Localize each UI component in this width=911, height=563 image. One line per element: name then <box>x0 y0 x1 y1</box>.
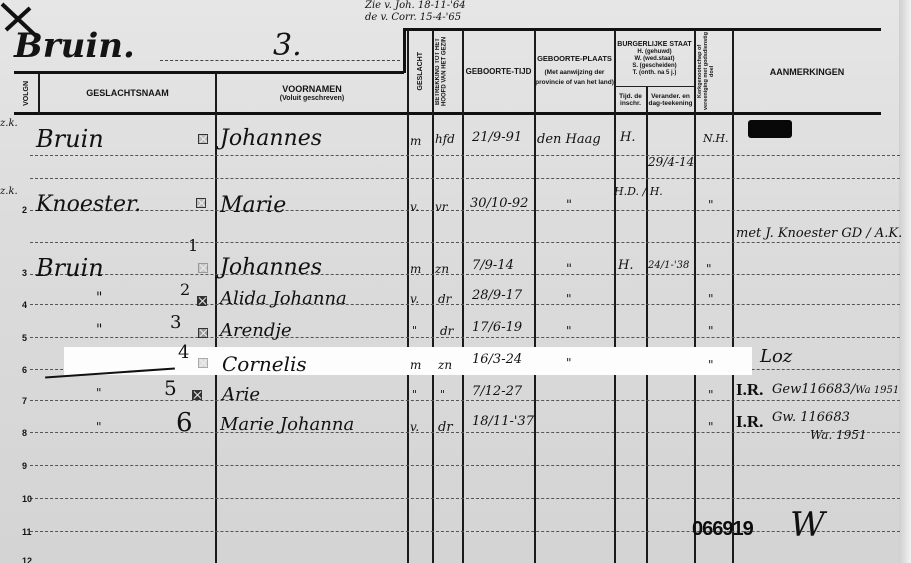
row3-place: " <box>566 262 572 277</box>
row5-place: " <box>566 324 572 338</box>
row-number: 11 <box>22 527 32 537</box>
initials-mark: W <box>790 505 825 545</box>
row-rule <box>30 304 900 305</box>
header-verandering: Verander. en dag-teekening <box>647 87 694 112</box>
header-geboortetijd: GEBOORTE-TIJD <box>463 31 534 112</box>
row-number: 6 <box>22 365 27 375</box>
row2-given: Marie <box>220 193 286 218</box>
row-number: 3 <box>22 268 27 278</box>
row3-relation: zn <box>435 262 449 276</box>
row5-sex: " <box>412 324 417 337</box>
row3-sex: m <box>410 262 421 276</box>
row6-sex: m <box>410 358 421 372</box>
row5-child-number: 3 <box>170 312 181 333</box>
header-geboorteplaats: GEBOORTE-PLAATS (Met aanwijzing der prov… <box>535 33 614 109</box>
card-number: 3. <box>273 28 302 63</box>
row4-sex: v. <box>410 292 419 306</box>
checkbox-icon <box>197 296 207 306</box>
row-number: 7 <box>22 396 27 406</box>
row4-birth: 28/9-17 <box>472 288 522 303</box>
row2-church: " <box>708 198 714 212</box>
row4-given: Alida Johanna <box>220 288 347 309</box>
row3-church: " <box>706 262 712 276</box>
row-rule <box>30 337 900 338</box>
row-number: 5 <box>22 333 27 343</box>
row7-remark-detail: Gew116683/Wa 1951 <box>772 382 899 397</box>
row4-church: " <box>708 292 714 306</box>
row-rule <box>30 178 900 179</box>
row6-relation: zn <box>438 358 452 372</box>
row1-prefix: z.k. <box>0 118 18 129</box>
row8-birth: 18/11-'37 <box>472 414 534 429</box>
row4-place: " <box>566 292 572 306</box>
row1-relation: hfd <box>435 132 455 146</box>
row5-birth: 17/6-19 <box>472 320 522 335</box>
header-tijd-inschr: Tijd. de inschr. <box>615 87 646 112</box>
header-volgn: VOLGN <box>14 74 38 112</box>
row-number: 12 <box>22 556 32 563</box>
col-divider <box>534 30 536 563</box>
row6-place: " <box>566 356 572 370</box>
row2-place: " <box>566 198 572 213</box>
row6-birth: 16/3-24 <box>472 352 522 367</box>
row-rule <box>30 465 900 466</box>
row-number: 2 <box>22 205 27 215</box>
row2-sex: v. <box>410 200 419 214</box>
row2-relation: vr <box>435 200 448 214</box>
top-annotation: Zie v. Joh. 18-11-'64 de v. Corr. 15-4-'… <box>365 0 466 24</box>
row6-church: " <box>708 358 714 372</box>
row-rule <box>30 400 900 401</box>
row-rule <box>30 498 900 499</box>
row8-child-number: 6 <box>176 408 193 438</box>
row-rule <box>30 242 900 243</box>
row8-remark-detail: Gw. 116683 <box>772 410 850 425</box>
row8-relation: dr <box>438 420 453 435</box>
row-number: 8 <box>22 428 27 438</box>
redacted-remark <box>748 120 792 138</box>
header-betrekking: BETREKKING TOT HET HOOFD VAN HET GEZIN <box>433 31 462 112</box>
row-number: 10 <box>22 494 32 504</box>
header-top-step <box>403 30 406 73</box>
row-rule <box>30 155 900 156</box>
row5-relation: dr <box>440 324 453 338</box>
header-burgerlijke-staat: BURGERLIJKE STAAT H. (gehuwd) W. (wed.st… <box>615 32 694 86</box>
surname-dotted-line <box>160 60 400 61</box>
serial-number-stamp: 066919 <box>692 518 753 541</box>
row3-birth: 7/9-14 <box>472 258 514 273</box>
row6-child-number: 4 <box>178 342 189 363</box>
register-card: Zie v. Joh. 18-11-'64 de v. Corr. 15-4-'… <box>0 0 911 563</box>
row7-surname: " <box>96 386 102 400</box>
checkbox-icon <box>198 358 208 368</box>
row1-given: Johannes <box>220 126 322 151</box>
checkbox-icon <box>192 390 202 400</box>
row3-surname: Bruin <box>36 254 104 282</box>
header-voornamen: VOORNAMEN (Voluit geschreven) <box>217 78 407 110</box>
row-rule <box>30 432 900 433</box>
header-bottom-rule <box>14 112 881 115</box>
row4-child-number: 2 <box>180 280 190 299</box>
checkbox-icon <box>198 134 208 144</box>
row2-birth: 30/10-92 <box>470 196 528 211</box>
row-rule <box>30 210 900 211</box>
row5-church: " <box>708 324 714 338</box>
row-number: 4 <box>22 300 27 310</box>
row1-civil: H. <box>620 130 635 145</box>
col-divider <box>215 74 217 563</box>
white-correction-strip <box>64 347 752 375</box>
row2-surname: Knoester. <box>36 192 141 217</box>
row1-sex: m <box>410 134 421 148</box>
row4-relation: dr <box>438 292 451 306</box>
row8-remark-detail-2: Wa. 1951 <box>810 428 867 442</box>
row7-given: Arie <box>222 384 260 405</box>
row8-church: " <box>708 420 714 434</box>
row1-surname: Bruin <box>36 125 104 153</box>
row5-surname: " <box>96 322 102 338</box>
row4-surname: " <box>96 290 102 306</box>
row-rule <box>30 531 900 532</box>
row7-relation: " <box>440 388 445 401</box>
row1-place: den Haag <box>537 132 601 147</box>
header-geslacht: GESLACHT <box>408 31 432 112</box>
checkbox-icon <box>198 328 208 338</box>
row-rule <box>30 274 900 275</box>
row1-civil-change: 29/4-14 <box>648 155 694 169</box>
row6-given: Cornelis <box>222 352 307 376</box>
row3-remarks: met J. Knoester GD / A.K. <box>736 226 902 241</box>
row3-child-number: 1 <box>188 236 198 255</box>
row3-given: Johannes <box>220 255 322 280</box>
row6-remarks: Loz <box>760 346 792 367</box>
row1-church: N.H. <box>703 132 729 145</box>
header-geslachtsnaam: GESLACHTSNAAM <box>40 74 215 112</box>
family-surname: Bruin. <box>14 26 135 66</box>
row7-child-number: 5 <box>164 376 177 400</box>
paper-edge <box>899 0 911 563</box>
row7-birth: 7/12-27 <box>472 384 522 399</box>
row2-civil: H.D. / H. <box>614 185 663 198</box>
row3-civil: H. <box>618 258 633 273</box>
row2-prefix: z.k. <box>0 186 18 197</box>
row8-remark-stamp: I.R. <box>736 412 763 432</box>
checkbox-icon <box>198 263 208 273</box>
row8-sex: v. <box>410 420 419 434</box>
row-number: 9 <box>22 461 27 471</box>
row8-given: Marie Johanna <box>220 414 354 435</box>
header-kerkgenootschap: Kerkgenootschap of vereeniging met godsd… <box>695 31 732 112</box>
row5-given: Arendje <box>220 320 292 341</box>
row1-birth: 21/9-91 <box>472 130 522 145</box>
checkbox-icon <box>196 198 206 208</box>
row8-surname: " <box>96 420 102 434</box>
row3-civil-change: 24/1-'38 <box>648 260 689 271</box>
header-aanmerkingen: AANMERKINGEN <box>733 31 881 112</box>
row7-sex: " <box>412 388 417 401</box>
row7-church: " <box>708 388 714 402</box>
